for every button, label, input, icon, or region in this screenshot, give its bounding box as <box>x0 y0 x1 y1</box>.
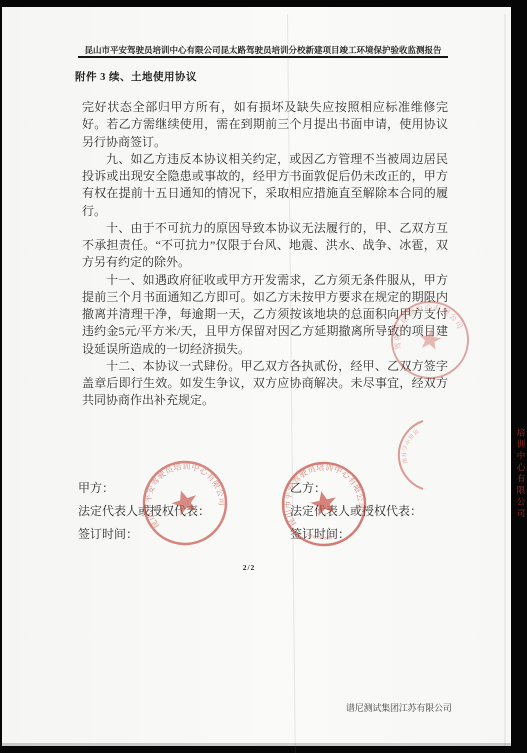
footer-company-name: 谱尼测试集团江苏有限公司 <box>346 701 452 714</box>
paragraph-continuation: 完好状态全部归甲方所有，如有损坏及缺失应按照相应标准维修完好。若乙方需继续使用，… <box>82 99 448 151</box>
header-underline <box>78 56 448 58</box>
party-b-signature-block: 乙方： 法定代表人或授权代表： 签订时间： <box>290 477 422 546</box>
party-b-representative-label: 法定代表人或授权代表： <box>290 500 422 523</box>
attachment-title: 附件 3 续、土地使用协议 <box>75 69 197 84</box>
party-b-label: 乙方： <box>290 477 422 500</box>
paragraph-clause-9: 九、如乙方违反本协议相关约定，或因乙方管理不当被周边居民投诉或出现安全隐患或事故… <box>82 151 448 220</box>
report-header-text: 昆山市平安驾驶员培训中心有限公司昆太路驾驶员培训分校新建项目竣工环境保护验收监测… <box>78 44 448 56</box>
page-edge-crease <box>504 14 506 753</box>
party-a-signature-block: 甲方： 法定代表人或授权代表： 签订时间： <box>78 477 210 546</box>
page-bottom-shadow <box>2 743 511 746</box>
party-a-date-label: 签订时间： <box>78 523 210 546</box>
document-page: 昆山市平安驾驶员培训中心有限公司昆太路驾驶员培训分校新建项目竣工环境保护验收监测… <box>2 7 511 746</box>
party-b-date-label: 签订时间： <box>290 523 422 546</box>
paragraph-clause-12: 十二、本协议一式肆份。甲乙双方各执贰份，经甲、乙双方签字盖章后即行生效。如发生争… <box>82 358 448 410</box>
party-a-label: 甲方： <box>78 477 210 500</box>
party-a-representative-label: 法定代表人或授权代表： <box>78 500 210 523</box>
page-number: 2/2 <box>234 563 264 572</box>
scanned-document-background: { "document": { "header": "昆山市平安驾驶员培训中心有… <box>0 0 527 753</box>
paragraph-clause-11: 十一、如遇政府征收或甲方开发需求，乙方须无条件服从，甲方提前三个月书面通知乙方即… <box>82 272 448 358</box>
edge-seal-fragment: 培训中心有限公司 <box>517 428 527 524</box>
paragraph-clause-10: 十、由于不可抗力的原因导致本协议无法履行的，甲、乙双方互不承担责任。“不可抗力”… <box>82 220 448 272</box>
svg-text:培训中心有限: 培训中心有限 <box>400 427 421 466</box>
agreement-body: 完好状态全部归甲方所有，如有损坏及缺失应按照相应标准维修完好。若乙方需继续使用，… <box>82 99 448 410</box>
